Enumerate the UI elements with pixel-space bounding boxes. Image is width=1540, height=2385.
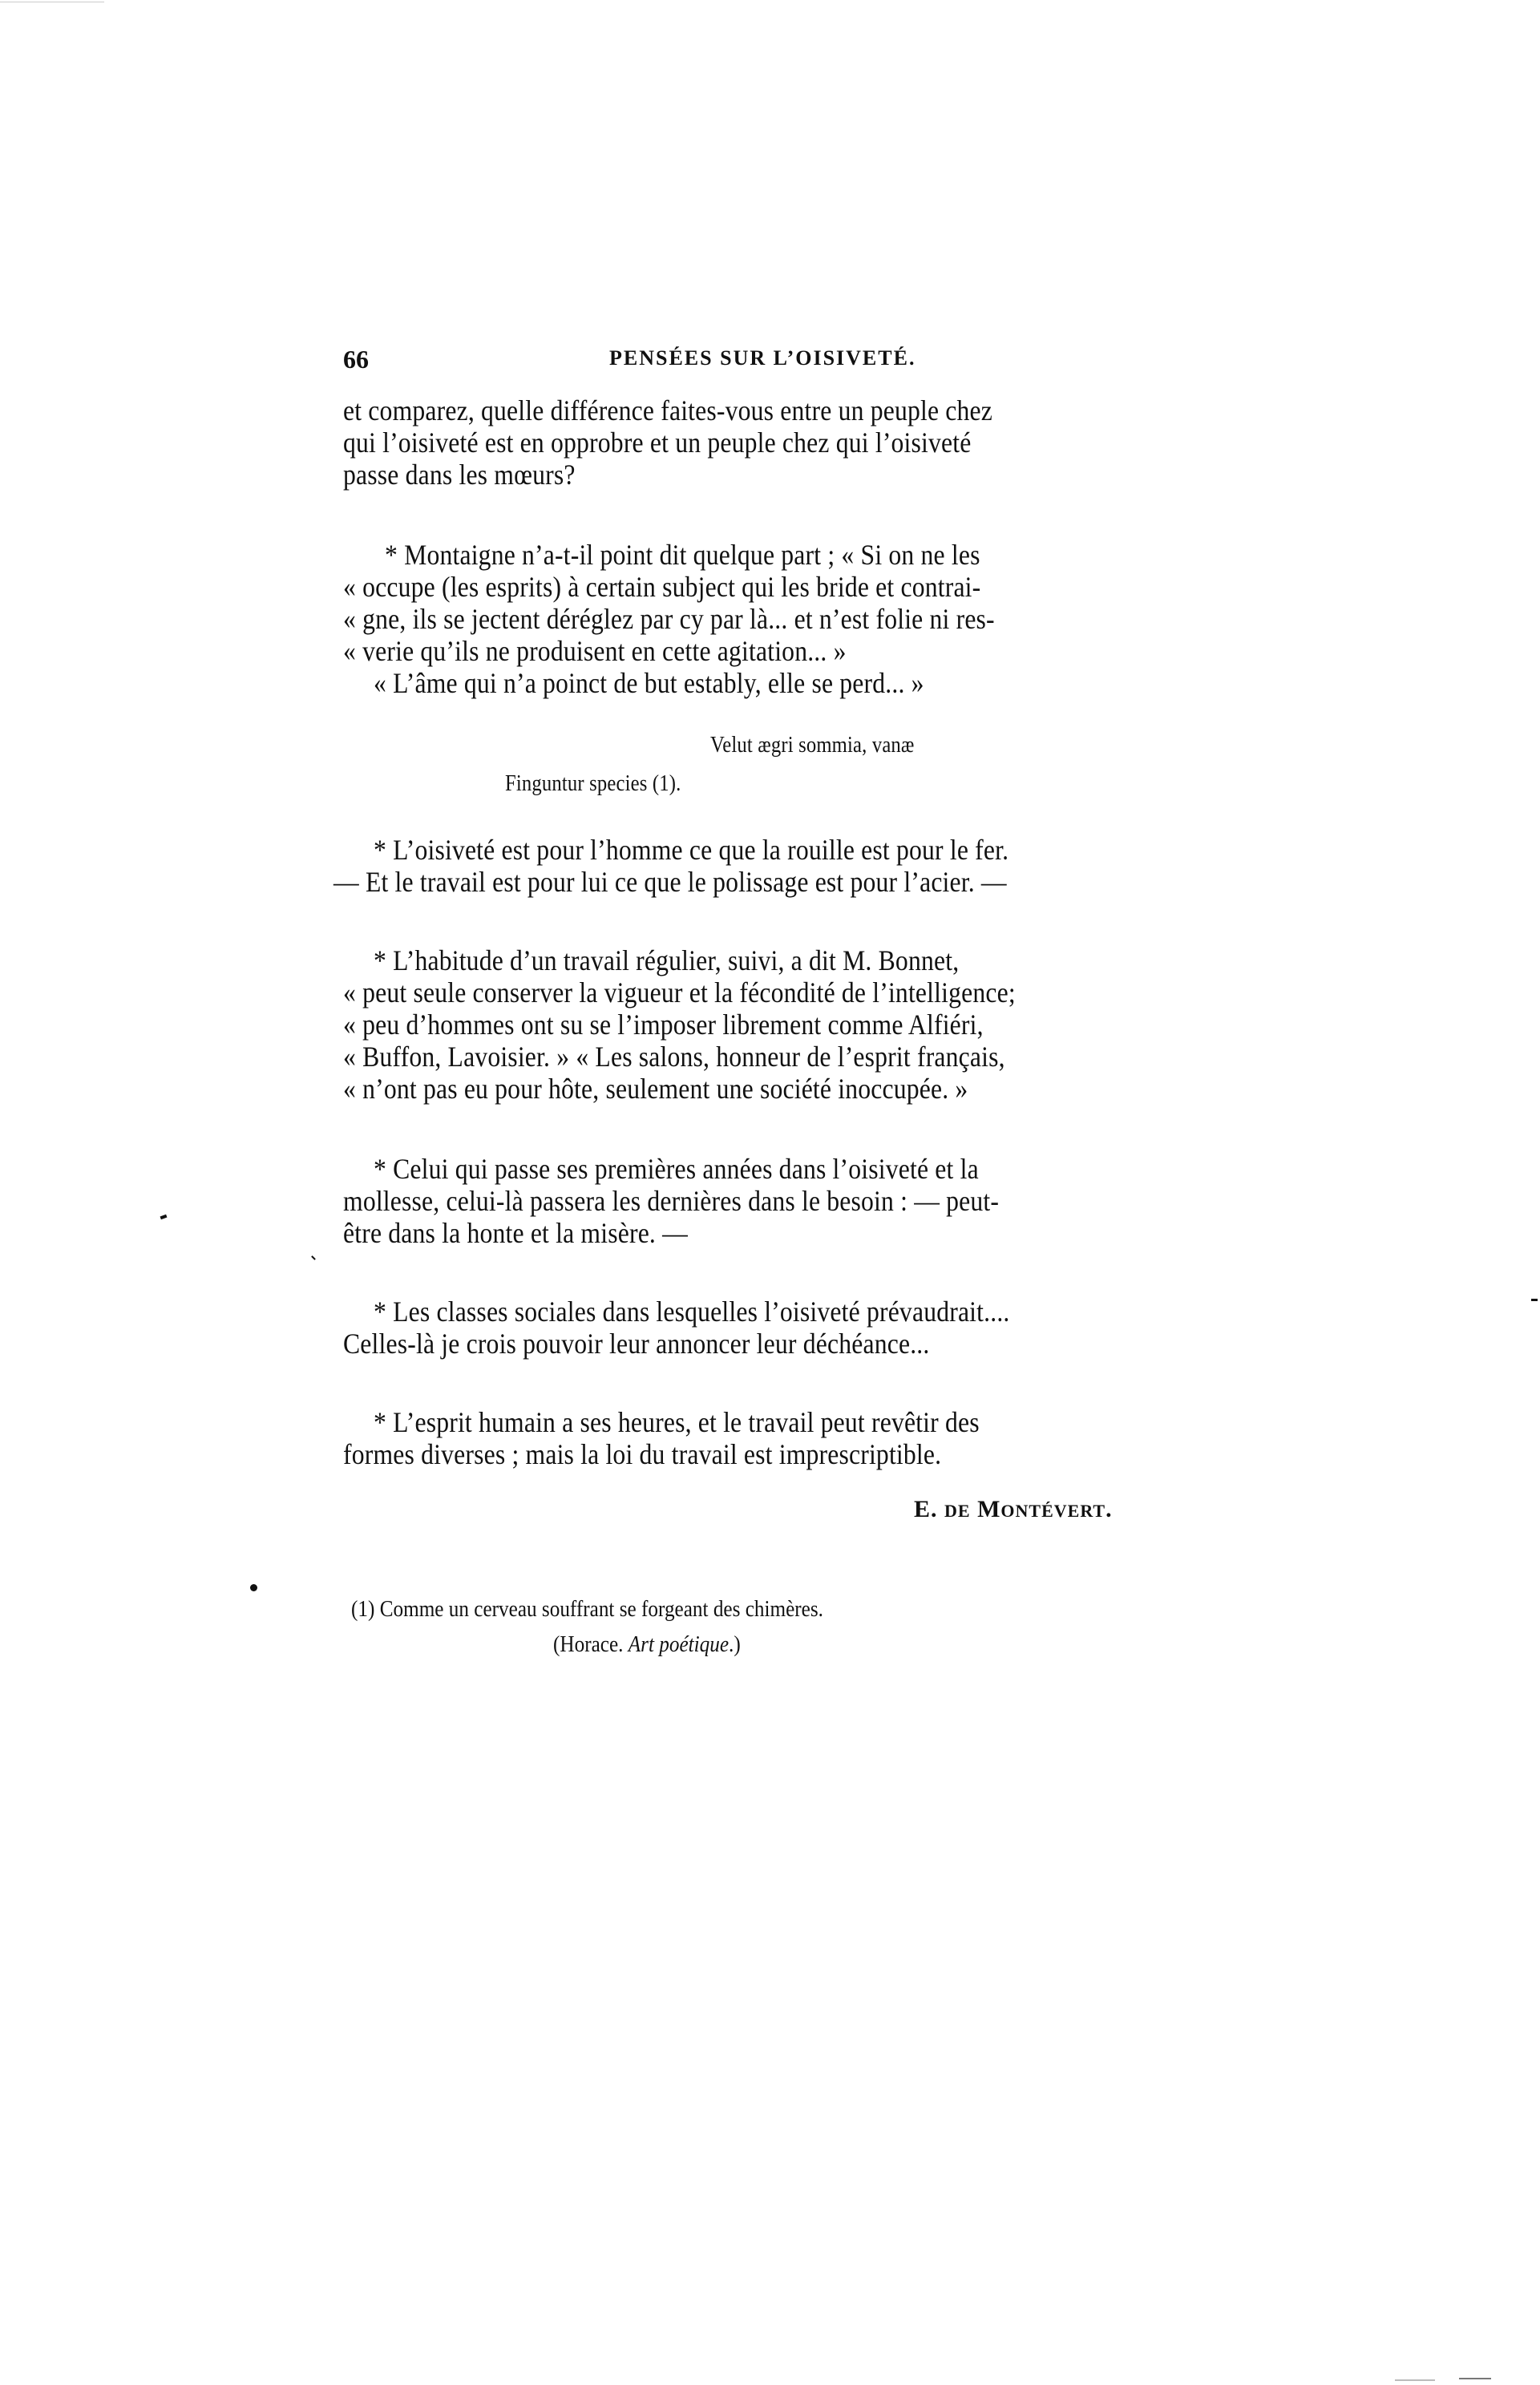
text-line: être dans la honte et la misère. —: [343, 1217, 688, 1249]
text-line: * L’oisiveté est pour l’homme ce que la …: [374, 834, 1008, 866]
author-signature: E. DE MONTÉVERT.: [914, 1496, 1113, 1523]
footnote-marker: (1): [351, 1597, 374, 1622]
text-line: « verie qu’ils ne produisent en cette ag…: [343, 635, 847, 667]
footnote-text: Comme un cerveau souffrant se forgeant d…: [380, 1597, 823, 1622]
text-line: « gne, ils se jectent déréglez par cy pa…: [343, 603, 995, 635]
text-line: qui l’oisiveté est en opprobre et un peu…: [343, 426, 972, 459]
book-page: 66 PENSÉES SUR L’OISIVETÉ. et comparez, …: [0, 0, 1540, 2385]
signature-end: .: [1105, 1496, 1113, 1522]
signature-particle: DE: [944, 1501, 971, 1521]
text-line: « peu d’hommes ont su se l’imposer libre…: [343, 1009, 984, 1041]
text-line: mollesse, celui-là passera les dernières…: [343, 1185, 999, 1217]
signature-initial: E.: [914, 1496, 944, 1522]
text-line: « n’ont pas eu pour hôte, seulement une …: [343, 1073, 968, 1105]
ink-speck-decoration: [160, 1215, 168, 1219]
text-line: « occupe (les esprits) à certain subject…: [343, 571, 980, 603]
text-line: * Celui qui passe ses premières années d…: [374, 1153, 979, 1185]
scan-noise-decoration: [1459, 2378, 1491, 2379]
text-line: et comparez, quelle différence faites-vo…: [343, 394, 992, 426]
signature-surname-rest: ONTÉVERT: [1000, 1501, 1105, 1521]
text-line: * Montaigne n’a-t-il point dit quelque p…: [385, 539, 980, 571]
scan-noise-decoration: [0, 2, 104, 2]
attribution-work: Art poétique: [629, 1632, 729, 1657]
attribution-author: (Horace.: [553, 1632, 629, 1657]
text-line: * Les classes sociales dans lesquelles l…: [374, 1296, 1010, 1328]
text-line: — Et le travail est pour lui ce que le p…: [333, 866, 1007, 898]
page-number: 66: [343, 345, 369, 374]
footnote: (1) Comme un cerveau souffrant se forgea…: [351, 1597, 823, 1623]
ink-speck-decoration: [311, 1255, 316, 1260]
ink-speck-decoration: [1531, 1299, 1538, 1301]
text-line: passe dans les mœurs?: [343, 459, 576, 491]
verse-line: Finguntur species (1).: [505, 768, 681, 800]
text-line: Celles-là je crois pouvoir leur annoncer…: [343, 1328, 929, 1360]
signature-surname-cap: M: [971, 1496, 1001, 1522]
attribution-end: .): [729, 1632, 741, 1657]
text-line: « Buffon, Lavoisier. » « Les salons, hon…: [343, 1041, 1005, 1073]
text-line: * L’habitude d’un travail régulier, suiv…: [374, 944, 959, 976]
scan-noise-decoration: [1395, 2379, 1435, 2381]
text-line: * L’esprit humain a ses heures, et le tr…: [374, 1406, 980, 1438]
footnote-attribution: (Horace. Art poétique.): [553, 1632, 741, 1658]
text-line: « L’âme qui n’a poinct de but estably, e…: [374, 667, 924, 699]
running-title: PENSÉES SUR L’OISIVETÉ.: [609, 346, 916, 370]
text-line: « peut seule conserver la vigueur et la …: [343, 976, 1016, 1009]
verse-line: Velut ægri sommia, vanæ: [710, 730, 915, 762]
ink-blot-decoration: [250, 1584, 257, 1591]
text-line: formes diverses ; mais la loi du travail…: [343, 1438, 941, 1470]
